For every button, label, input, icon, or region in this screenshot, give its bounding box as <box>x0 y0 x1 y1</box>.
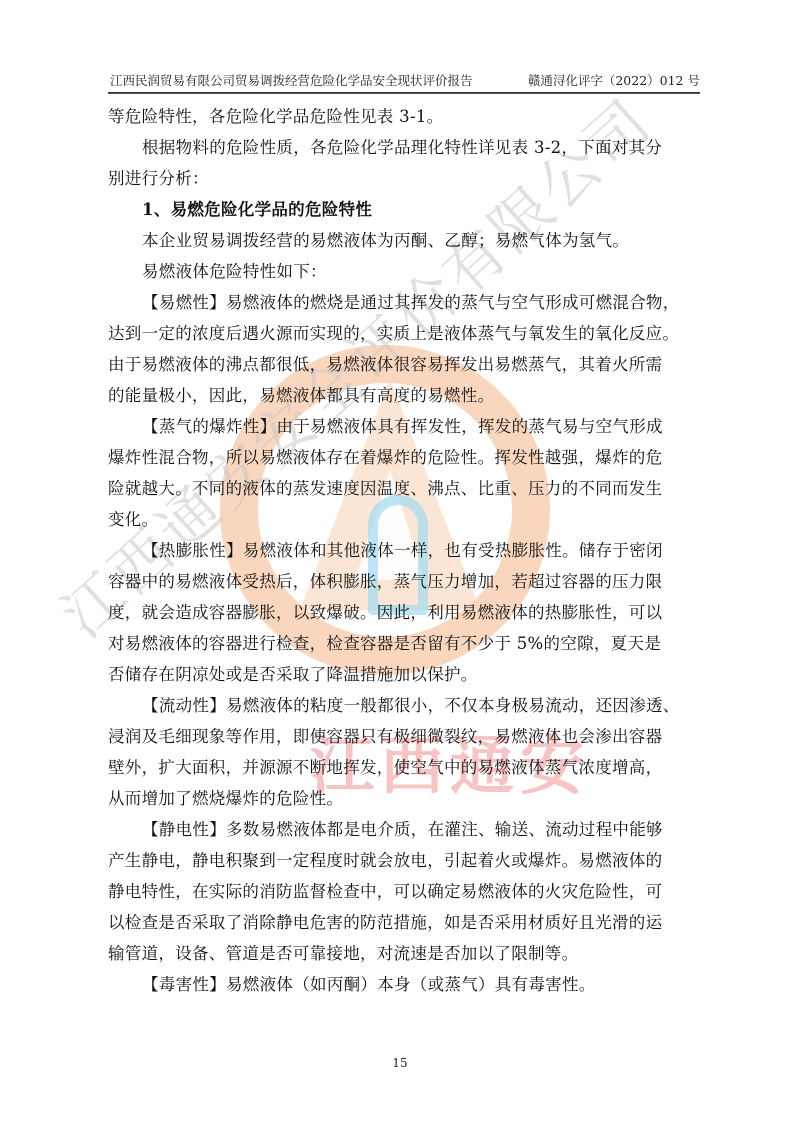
paragraph-line: 对易燃液体的容器进行检查，检查容器是否留有不少于 5%的空隙，夏天是 <box>108 628 704 659</box>
paragraph-line: 根据物料的危险性质，各危险化学品理化特性详见表 3-2，下面对其分 <box>108 132 704 163</box>
document-body: 等危险特性，各危险化学品危险性见表 3-1。 根据物料的危险性质，各危险化学品理… <box>108 101 704 1000</box>
paragraph-line: 由于易燃液体的沸点都很低，易燃液体很容易挥发出易燃蒸气，其着火所需 <box>108 349 704 380</box>
report-number: 赣通浔化评字（2022）012 号 <box>528 71 700 89</box>
paragraph-line: 【蒸气的爆炸性】由于易燃液体具有挥发性，挥发的蒸气易与空气形成 <box>108 411 704 442</box>
paragraph-line: 的能量极小，因此，易燃液体都具有高度的易燃性。 <box>108 380 704 411</box>
report-title: 江西民润贸易有限公司贸易调拨经营危险化学品安全现状评价报告 <box>110 71 473 89</box>
paragraph-line: 容器中的易燃液体受热后，体积膨胀，蒸气压力增加，若超过容器的压力限 <box>108 566 704 597</box>
paragraph-line: 度，就会造成容器膨胀，以致爆破。因此，利用易燃液体的热膨胀性，可以 <box>108 597 704 628</box>
paragraph-line: 【静电性】多数易燃液体都是电介质，在灌注、输送、流动过程中能够 <box>108 814 704 845</box>
paragraph-line: 浸润及毛细现象等作用，即使容器只有极细微裂纹，易燃液体也会渗出容器 <box>108 721 704 752</box>
page-number: 15 <box>0 1056 800 1070</box>
header-divider <box>108 92 700 94</box>
paragraph-line: 静电特性，在实际的消防监督检查中，可以确定易燃液体的火灾危险性，可 <box>108 876 704 907</box>
paragraph-line: 变化。 <box>108 504 704 535</box>
paragraph-line: 爆炸性混合物，所以易燃液体存在着爆炸的危险性。挥发性越强，爆炸的危 <box>108 442 704 473</box>
paragraph-line: 从而增加了燃烧爆炸的危险性。 <box>108 783 704 814</box>
paragraph-line: 本企业贸易调拨经营的易燃液体为丙酮、乙醇；易燃气体为氢气。 <box>108 225 704 256</box>
paragraph-line: 【流动性】易燃液体的粘度一般都很小，不仅本身极易流动，还因渗透、 <box>108 690 704 721</box>
paragraph-line: 险就越大。不同的液体的蒸发速度因温度、沸点、比重、压力的不同而发生 <box>108 473 704 504</box>
paragraph-line: 以检查是否采取了消除静电危害的防范措施，如是否采用材质好且光滑的运 <box>108 907 704 938</box>
paragraph-line: 产生静电，静电积聚到一定程度时就会放电，引起着火或爆炸。易燃液体的 <box>108 845 704 876</box>
paragraph-line: 输管道，设备、管道是否可靠接地，对流速是否加以了限制等。 <box>108 938 704 969</box>
paragraph-line: 达到一定的浓度后遇火源而实现的，实质上是液体蒸气与氧发生的氧化反应。 <box>108 318 704 349</box>
page-header: 江西民润贸易有限公司贸易调拨经营危险化学品安全现状评价报告 赣通浔化评字（202… <box>108 68 700 90</box>
paragraph-line: 壁外，扩大面积，并源源不断地挥发，使空气中的易燃液体蒸气浓度增高， <box>108 752 704 783</box>
paragraph-line: 【毒害性】易燃液体（如丙酮）本身（或蒸气）具有毒害性。 <box>108 969 704 1000</box>
paragraph-line: 等危险特性，各危险化学品危险性见表 3-1。 <box>108 101 704 132</box>
paragraph-line: 否储存在阴凉处或是否采取了降温措施加以保护。 <box>108 659 704 690</box>
paragraph-line: 【热膨胀性】易燃液体和其他液体一样，也有受热膨胀性。储存于密闭 <box>108 535 704 566</box>
paragraph-line: 易燃液体危险特性如下： <box>108 256 704 287</box>
paragraph-line: 别进行分析： <box>108 163 704 194</box>
paragraph-line: 【易燃性】易燃液体的燃烧是通过其挥发的蒸气与空气形成可燃混合物， <box>108 287 704 318</box>
section-heading: 1、易燃危险化学品的危险特性 <box>108 194 704 225</box>
